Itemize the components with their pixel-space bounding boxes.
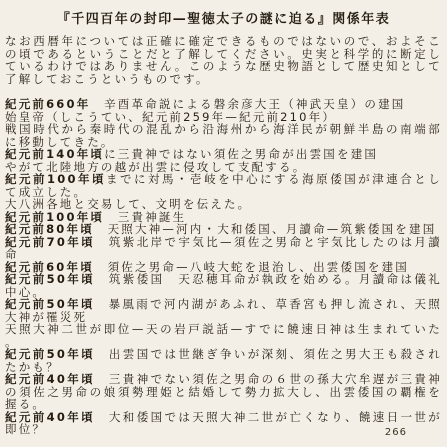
timeline-entry: 紀元前100年頃までに対馬・壱岐を中心にする海原倭国が津連合として成立した。 bbox=[5, 173, 442, 198]
timeline-entry: 紀元前50年頃 暴風雨で河内湖があふれ、草香宮も押し流され、天照大神が罹災死 bbox=[5, 298, 442, 323]
page-title: 『千四百年の封印—聖徳太子の謎に迫る』関係年表 bbox=[5, 8, 442, 27]
page-number: 266 bbox=[385, 427, 407, 438]
entry-text: 天照大神二世が即位—天の岩戸説話—すでに饒速日神は生まれていた。 bbox=[5, 322, 442, 349]
entry-text: 戦国時代から秦時代の混乱から沿海州から海洋民が朝鮮半島の南端部に移動してきた。 bbox=[5, 122, 442, 149]
timeline-entry: 紀元前50年頃 筑紫倭国 天忍穂耳命が執政を始める。月讀命は儀礼中心。 bbox=[5, 273, 442, 298]
timeline-entry: 戦国時代から秦時代の混乱から沿海州から海洋民が朝鮮半島の南端部に移動してきた。 bbox=[5, 123, 442, 148]
timeline-entry: 天照大神二世が即位—天の岩戸説話—すでに饒速日神は生まれていた。 bbox=[5, 323, 442, 348]
intro-paragraph: なお西暦年については正確に確定できるものではないので、およそこの頃であるというこ… bbox=[5, 35, 442, 85]
timeline-entry: 紀元前70年頃 筑紫北岸で宇気比—須佐之男命と宇気比したのは月讀命 bbox=[5, 236, 442, 261]
document-page: 『千四百年の封印—聖徳太子の謎に迫る』関係年表 なお西暦年については正確に確定で… bbox=[0, 0, 447, 447]
timeline-entry: 紀元前40年頃 三貴神でない須佐之男命の６世の孫大穴牟遅が三貴神の須佐之男命の娘… bbox=[5, 373, 442, 411]
timeline-entry: 紀元前40年頃 大和倭国では天照大神二世が亡くなり、饒速日一世が即位？ bbox=[5, 411, 442, 436]
timeline-entry: 紀元前50年頃 出雲国では世継ぎ争いが深刻、須佐之男大王も殺されたかも？ bbox=[5, 348, 442, 373]
timeline: 紀元前660年 辛酉革命説による磐余彦大王（神武天皇）の建国 始皇帝（しこうてい… bbox=[5, 98, 442, 436]
